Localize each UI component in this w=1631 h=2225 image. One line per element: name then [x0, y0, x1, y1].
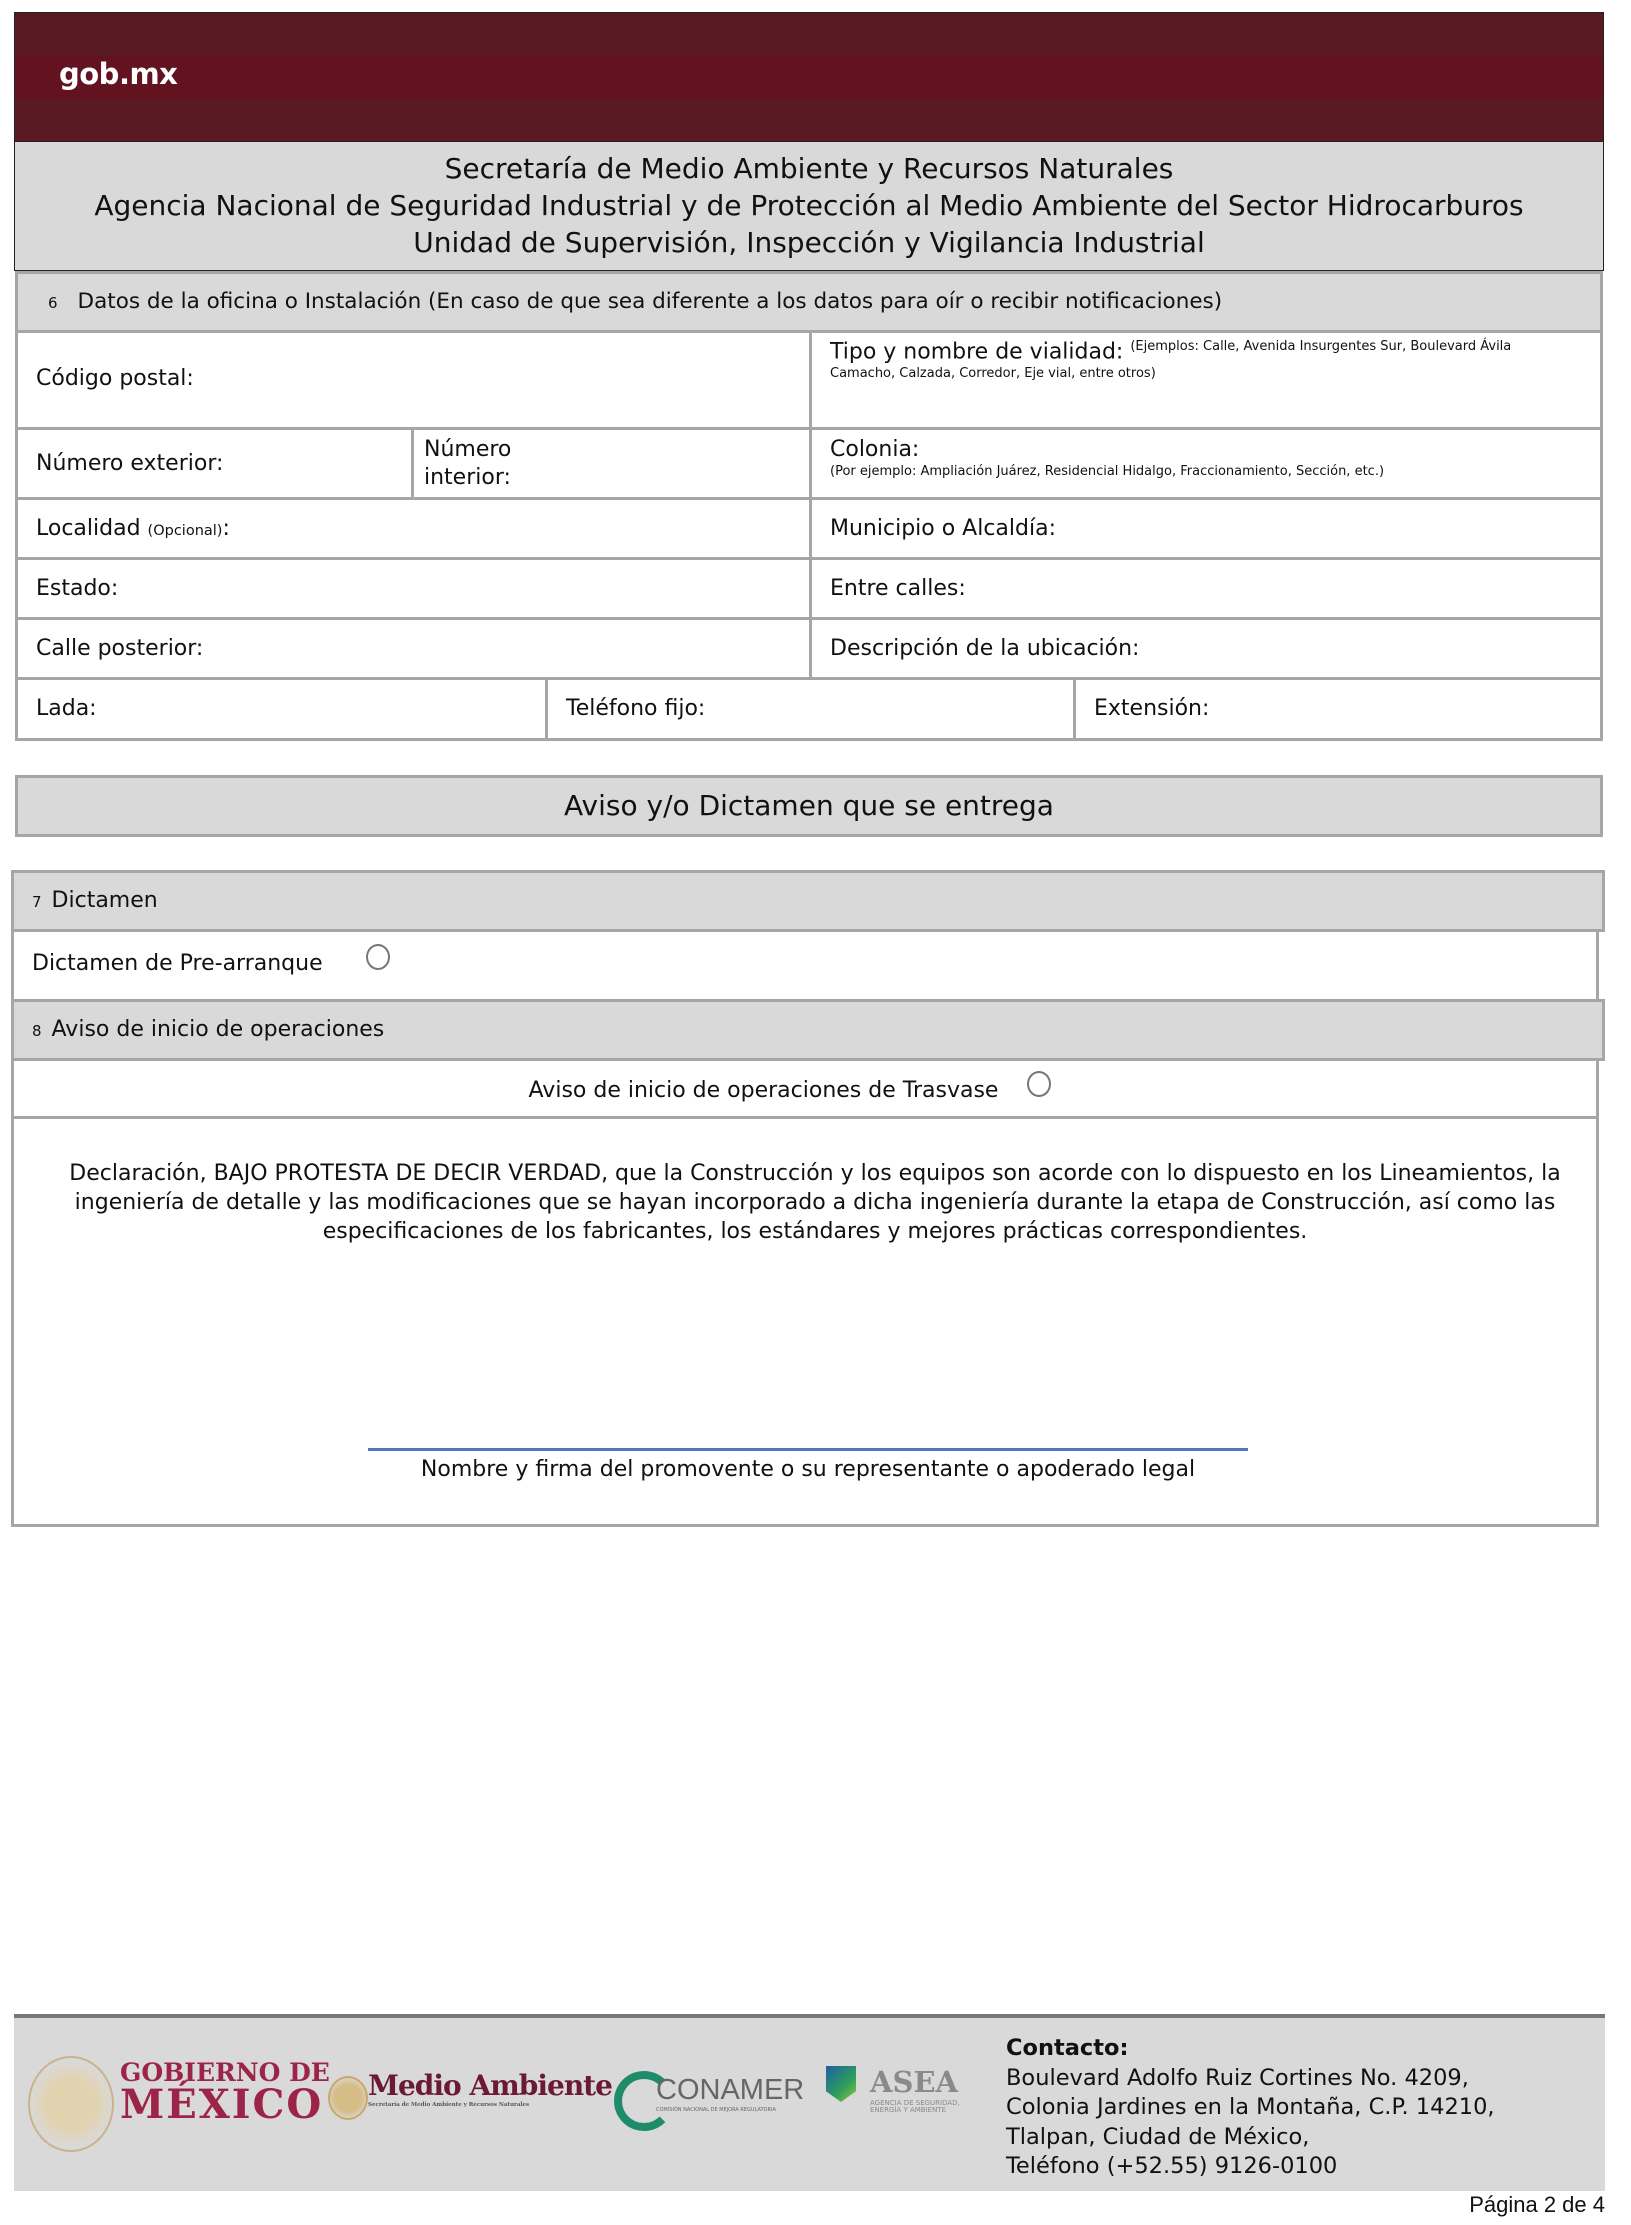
signature-label: Nombre y firma del promovente o su repre… [368, 1457, 1248, 1482]
field-calle-posterior[interactable]: Calle posterior: [18, 620, 809, 677]
field-numero-interior[interactable]: Número interior: [414, 430, 809, 497]
field-colonia[interactable]: Colonia: (Por ejemplo: Ampliación Juárez… [812, 430, 1606, 497]
aviso-trasvase-radio[interactable] [1027, 1071, 1051, 1097]
label: Descripción de la ubicación: [830, 636, 1139, 661]
field-codigo-postal[interactable]: Código postal: [18, 331, 809, 427]
medio-ambiente-logo: Medio Ambiente Secretaría de Medio Ambie… [368, 2072, 612, 2109]
label: Municipio o Alcaldía: [830, 516, 1056, 541]
office-data-table: Código postal: Tipo y nombre de vialidad… [15, 331, 1603, 741]
semarnat-seal-icon [328, 2076, 368, 2120]
signature-line[interactable] [368, 1448, 1248, 1451]
title-line-3: Unidad de Supervisión, Inspección y Vigi… [15, 224, 1603, 261]
section-title: Dictamen [52, 888, 158, 913]
logo-subtext: COMISIÓN NACIONAL DE MEJORA REGULATORIA [656, 2108, 804, 2113]
logo-text: Medio Ambiente [368, 2072, 612, 2100]
option-label: Dictamen de Pre-arranque [32, 951, 323, 976]
field-localidad[interactable]: Localidad (Opcional): [18, 500, 809, 557]
field-descripcion-ubicacion[interactable]: Descripción de la ubicación: [812, 620, 1606, 677]
field-lada[interactable]: Lada: [18, 680, 545, 738]
label: Código postal: [36, 366, 194, 391]
logo-text: MÉXICO [120, 2085, 330, 2125]
declaration-text: Declaración, BAJO PROTESTA DE DECIR VERD… [54, 1159, 1576, 1246]
gobierno-mexico-logo: GOBIERNO DE MÉXICO [120, 2060, 330, 2125]
logo-text: CONAMER [656, 2076, 804, 2105]
label: Estado: [36, 576, 118, 601]
colon: : [222, 516, 229, 541]
contact-line: Colonia Jardines en la Montaña, C.P. 142… [1006, 2093, 1495, 2123]
logo-subtext: Secretaría de Medio Ambiente y Recursos … [368, 2103, 612, 2109]
brand-header: gob.mx [14, 12, 1604, 142]
declaration-emphasis: BAJO PROTESTA DE DECIR VERDAD [214, 1161, 601, 1186]
contact-line: Tlalpan, Ciudad de México, [1006, 2123, 1495, 2153]
label: interior: [424, 464, 809, 492]
asea-logo: ASEA AGENCIA DE SEGURIDAD, ENERGÍA Y AMB… [870, 2068, 960, 2114]
page-number: Página 2 de 4 [1440, 2190, 1605, 2220]
label: Número exterior: [36, 451, 223, 476]
section-number: 6 [48, 294, 58, 312]
conamer-logo: CONAMER COMISIÓN NACIONAL DE MEJORA REGU… [656, 2076, 804, 2113]
optional-note: (Opcional) [148, 523, 223, 539]
footer: GOBIERNO DE MÉXICO Medio Ambiente Secret… [14, 2014, 1605, 2191]
contact-info: Contacto: Boulevard Adolfo Ruiz Cortines… [1006, 2034, 1495, 2182]
asea-shield-icon [826, 2066, 856, 2102]
label: Extensión: [1094, 696, 1209, 721]
declaration-box: Declaración, BAJO PROTESTA DE DECIR VERD… [11, 1116, 1599, 1527]
option-label: Aviso de inicio de operaciones de Trasva… [529, 1078, 999, 1103]
field-telefono-fijo[interactable]: Teléfono fijo: [548, 680, 1073, 738]
label: Lada: [36, 696, 97, 721]
dictamen-option-row: Dictamen de Pre-arranque [11, 932, 1599, 1000]
section-title: Datos de la oficina o Instalación (En ca… [78, 289, 1223, 314]
label: Entre calles: [830, 576, 966, 601]
field-numero-exterior[interactable]: Número exterior: [18, 430, 411, 497]
field-municipio[interactable]: Municipio o Alcaldía: [812, 500, 1606, 557]
section-8-header: 8Aviso de inicio de operaciones [11, 999, 1605, 1061]
aviso-dictamen-bar: Aviso y/o Dictamen que se entrega [15, 775, 1603, 837]
contact-line: Teléfono (+52.55) 9126-0100 [1006, 2152, 1495, 2182]
label: Número [424, 436, 809, 464]
field-extension[interactable]: Extensión: [1076, 680, 1603, 738]
logo-subtext: ENERGÍA Y AMBIENTE [870, 2107, 960, 2114]
declaration-prefix: Declaración, [69, 1161, 213, 1186]
section-6-header: 6Datos de la oficina o Instalación (En c… [15, 271, 1603, 333]
label: Tipo y nombre de vialidad: [830, 339, 1123, 364]
section-number: 8 [32, 1022, 42, 1040]
hint: (Por ejemplo: Ampliación Juárez, Residen… [830, 464, 1606, 479]
coat-of-arms-icon [28, 2056, 114, 2152]
field-entre-calles[interactable]: Entre calles: [812, 560, 1606, 617]
aviso-option-row: Aviso de inicio de operaciones de Trasva… [11, 1061, 1599, 1117]
label: Teléfono fijo: [566, 696, 705, 721]
hint: Camacho, Calzada, Corredor, Eje vial, en… [830, 366, 1606, 381]
section-title: Aviso de inicio de operaciones [52, 1017, 385, 1042]
title-line-1: Secretaría de Medio Ambiente y Recursos … [15, 150, 1603, 187]
label: Colonia: [830, 436, 1606, 464]
gobmx-logo: gob.mx [59, 57, 177, 91]
label: Calle posterior: [36, 636, 203, 661]
dictamen-pre-arranque-radio[interactable] [366, 944, 390, 970]
contact-line: Boulevard Adolfo Ruiz Cortines No. 4209, [1006, 2064, 1495, 2094]
section-7-header: 7Dictamen [11, 870, 1605, 932]
label: Localidad [36, 516, 141, 541]
logo-text: ASEA [870, 2068, 960, 2097]
field-tipo-vialidad[interactable]: Tipo y nombre de vialidad: (Ejemplos: Ca… [812, 331, 1606, 427]
hint: (Ejemplos: Calle, Avenida Insurgentes Su… [1130, 339, 1511, 354]
title-line-2: Agencia Nacional de Seguridad Industrial… [15, 187, 1603, 224]
agency-title-block: Secretaría de Medio Ambiente y Recursos … [14, 141, 1604, 271]
field-estado[interactable]: Estado: [18, 560, 809, 617]
contact-title: Contacto: [1006, 2034, 1495, 2064]
section-number: 7 [32, 893, 42, 911]
